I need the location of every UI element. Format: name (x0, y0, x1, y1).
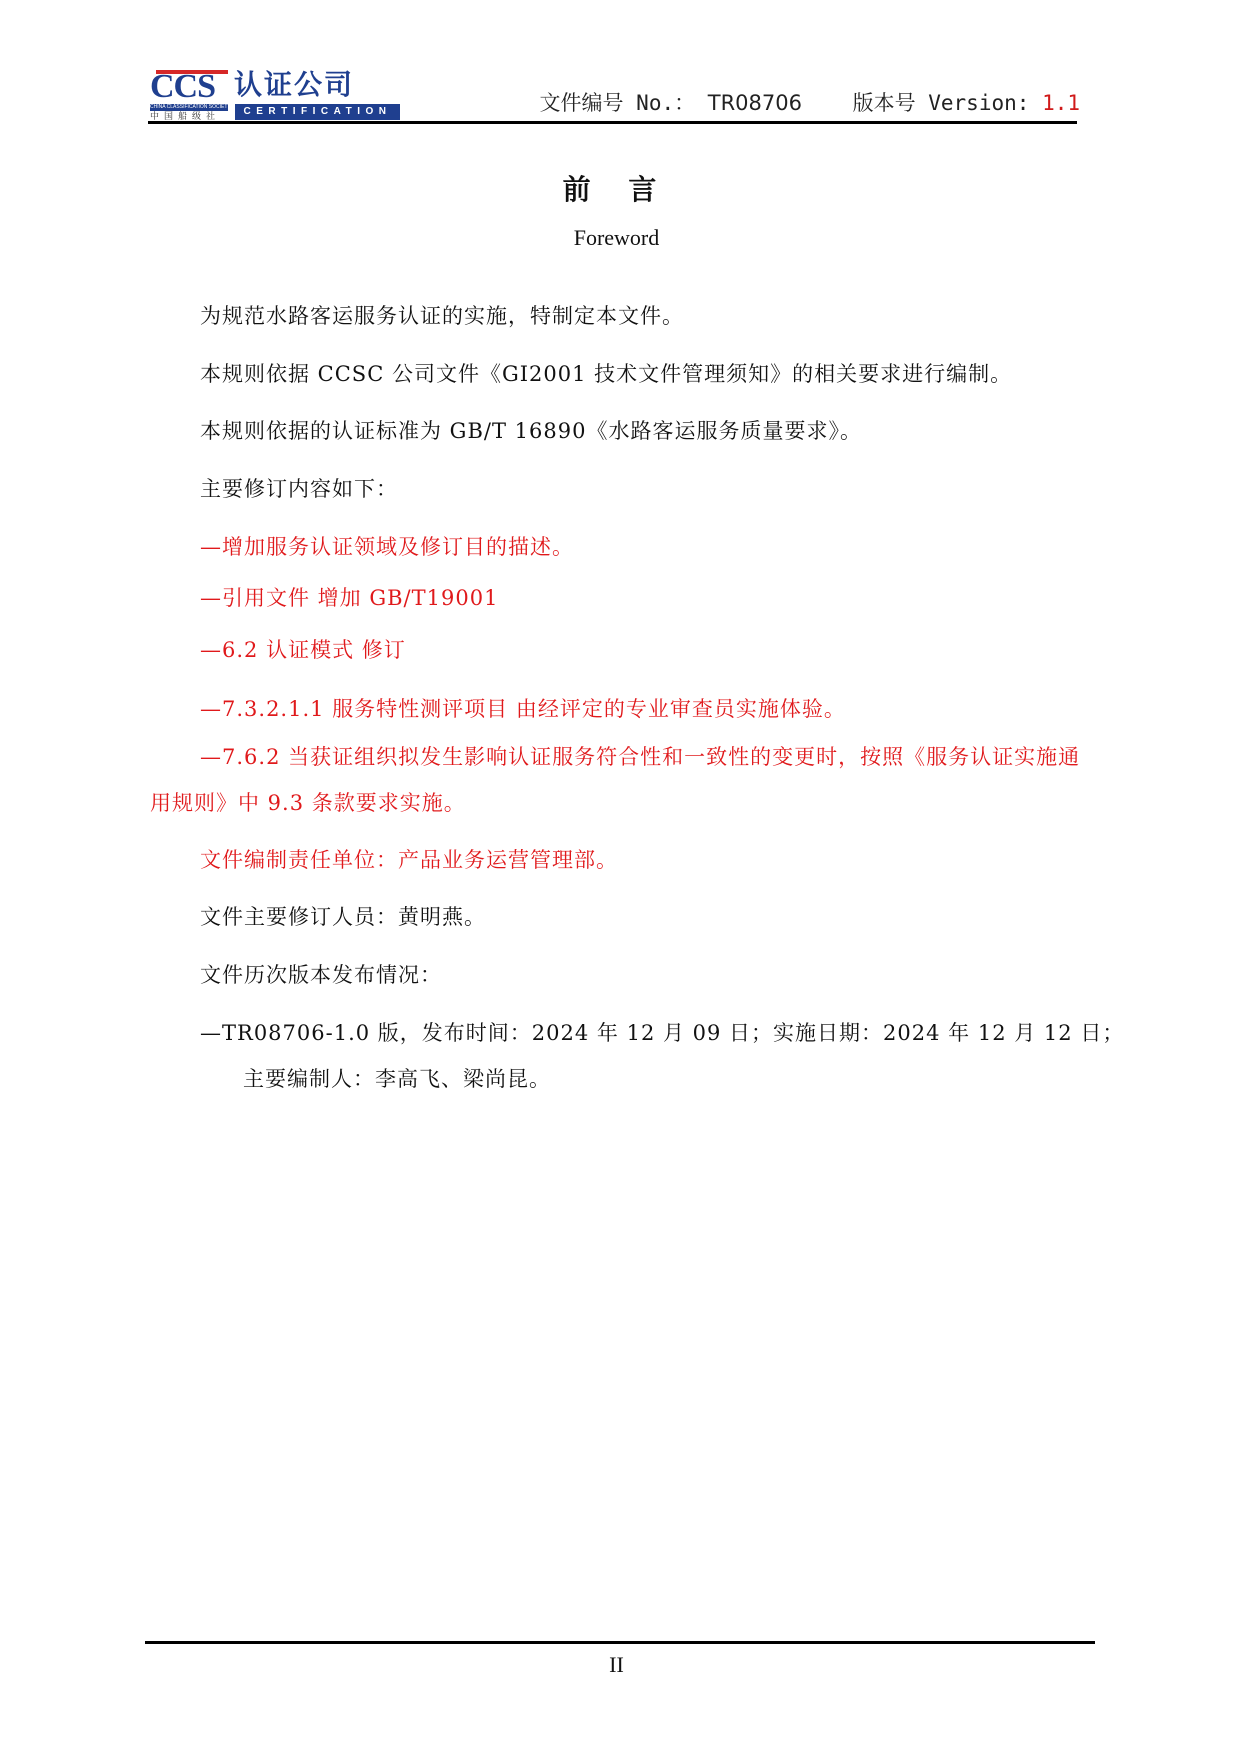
revision-item: —增加服务认证领域及修订目的描述。 (200, 533, 574, 561)
standard-paragraph: 本规则依据的认证标准为 GB/T 16890《水路客运服务质量要求》。 (200, 417, 862, 445)
logo-society-en: CHINA CLASSIFICATION SOCIETY (150, 104, 228, 111)
history-heading: 文件历次版本发布情况： (200, 961, 442, 989)
page-number: II (0, 1651, 1233, 1679)
responsible-unit: 文件编制责任单位：产品业务运营管理部。 (200, 846, 618, 874)
header-divider (148, 121, 1077, 124)
revision-item: —6.2 认证模式 修订 (200, 636, 406, 664)
doc-number-value: TR08706 (708, 91, 802, 115)
page-subtitle: Foreword (0, 224, 1233, 252)
revision-item: —7.3.2.1.1 服务特性测评项目 由经评定的专业审查员实施体验。 (200, 695, 846, 723)
page-header: CCS CHINA CLASSIFICATION SOCIETY 中国船级社 认… (148, 66, 1088, 126)
doc-number-label: 文件编号 No.： (540, 91, 696, 115)
logo-brand: CCS (150, 70, 215, 104)
revisions-heading: 主要修订内容如下： (200, 475, 398, 503)
logo-division-en: CERTIFICATION (235, 104, 400, 120)
revision-item: —引用文件 增加 GB/T19001 (200, 584, 498, 612)
intro-paragraph: 为规范水路客运服务认证的实施，特制定本文件。 (200, 302, 684, 330)
history-entry-line2: 主要编制人：李高飞、梁尚昆。 (243, 1065, 551, 1093)
version-value: 1.1 (1042, 91, 1080, 115)
footer-divider (145, 1641, 1095, 1644)
ccs-certification-logo: CCS CHINA CLASSIFICATION SOCIETY 中国船级社 认… (150, 70, 410, 122)
basis-paragraph: 本规则依据 CCSC 公司文件《GI2001 技术文件管理须知》的相关要求进行编… (200, 360, 1012, 388)
logo-division-cn: 认证公司 (234, 68, 354, 102)
main-reviser: 文件主要修订人员：黄明燕。 (200, 903, 486, 931)
history-entry-line1: —TR08706-1.0 版，发布时间：2024 年 12 月 09 日；实施日… (200, 1019, 1124, 1047)
page-title: 前 言 (0, 172, 1233, 208)
document-meta: 文件编号 No.： TR08706 版本号 Version: 1.1 (540, 90, 1080, 116)
revision-item: —7.6.2 当获证组织拟发生影响认证服务符合性和一致性的变更时，按照《服务认证… (150, 734, 1090, 826)
version-label: 版本号 Version: (853, 91, 1030, 115)
